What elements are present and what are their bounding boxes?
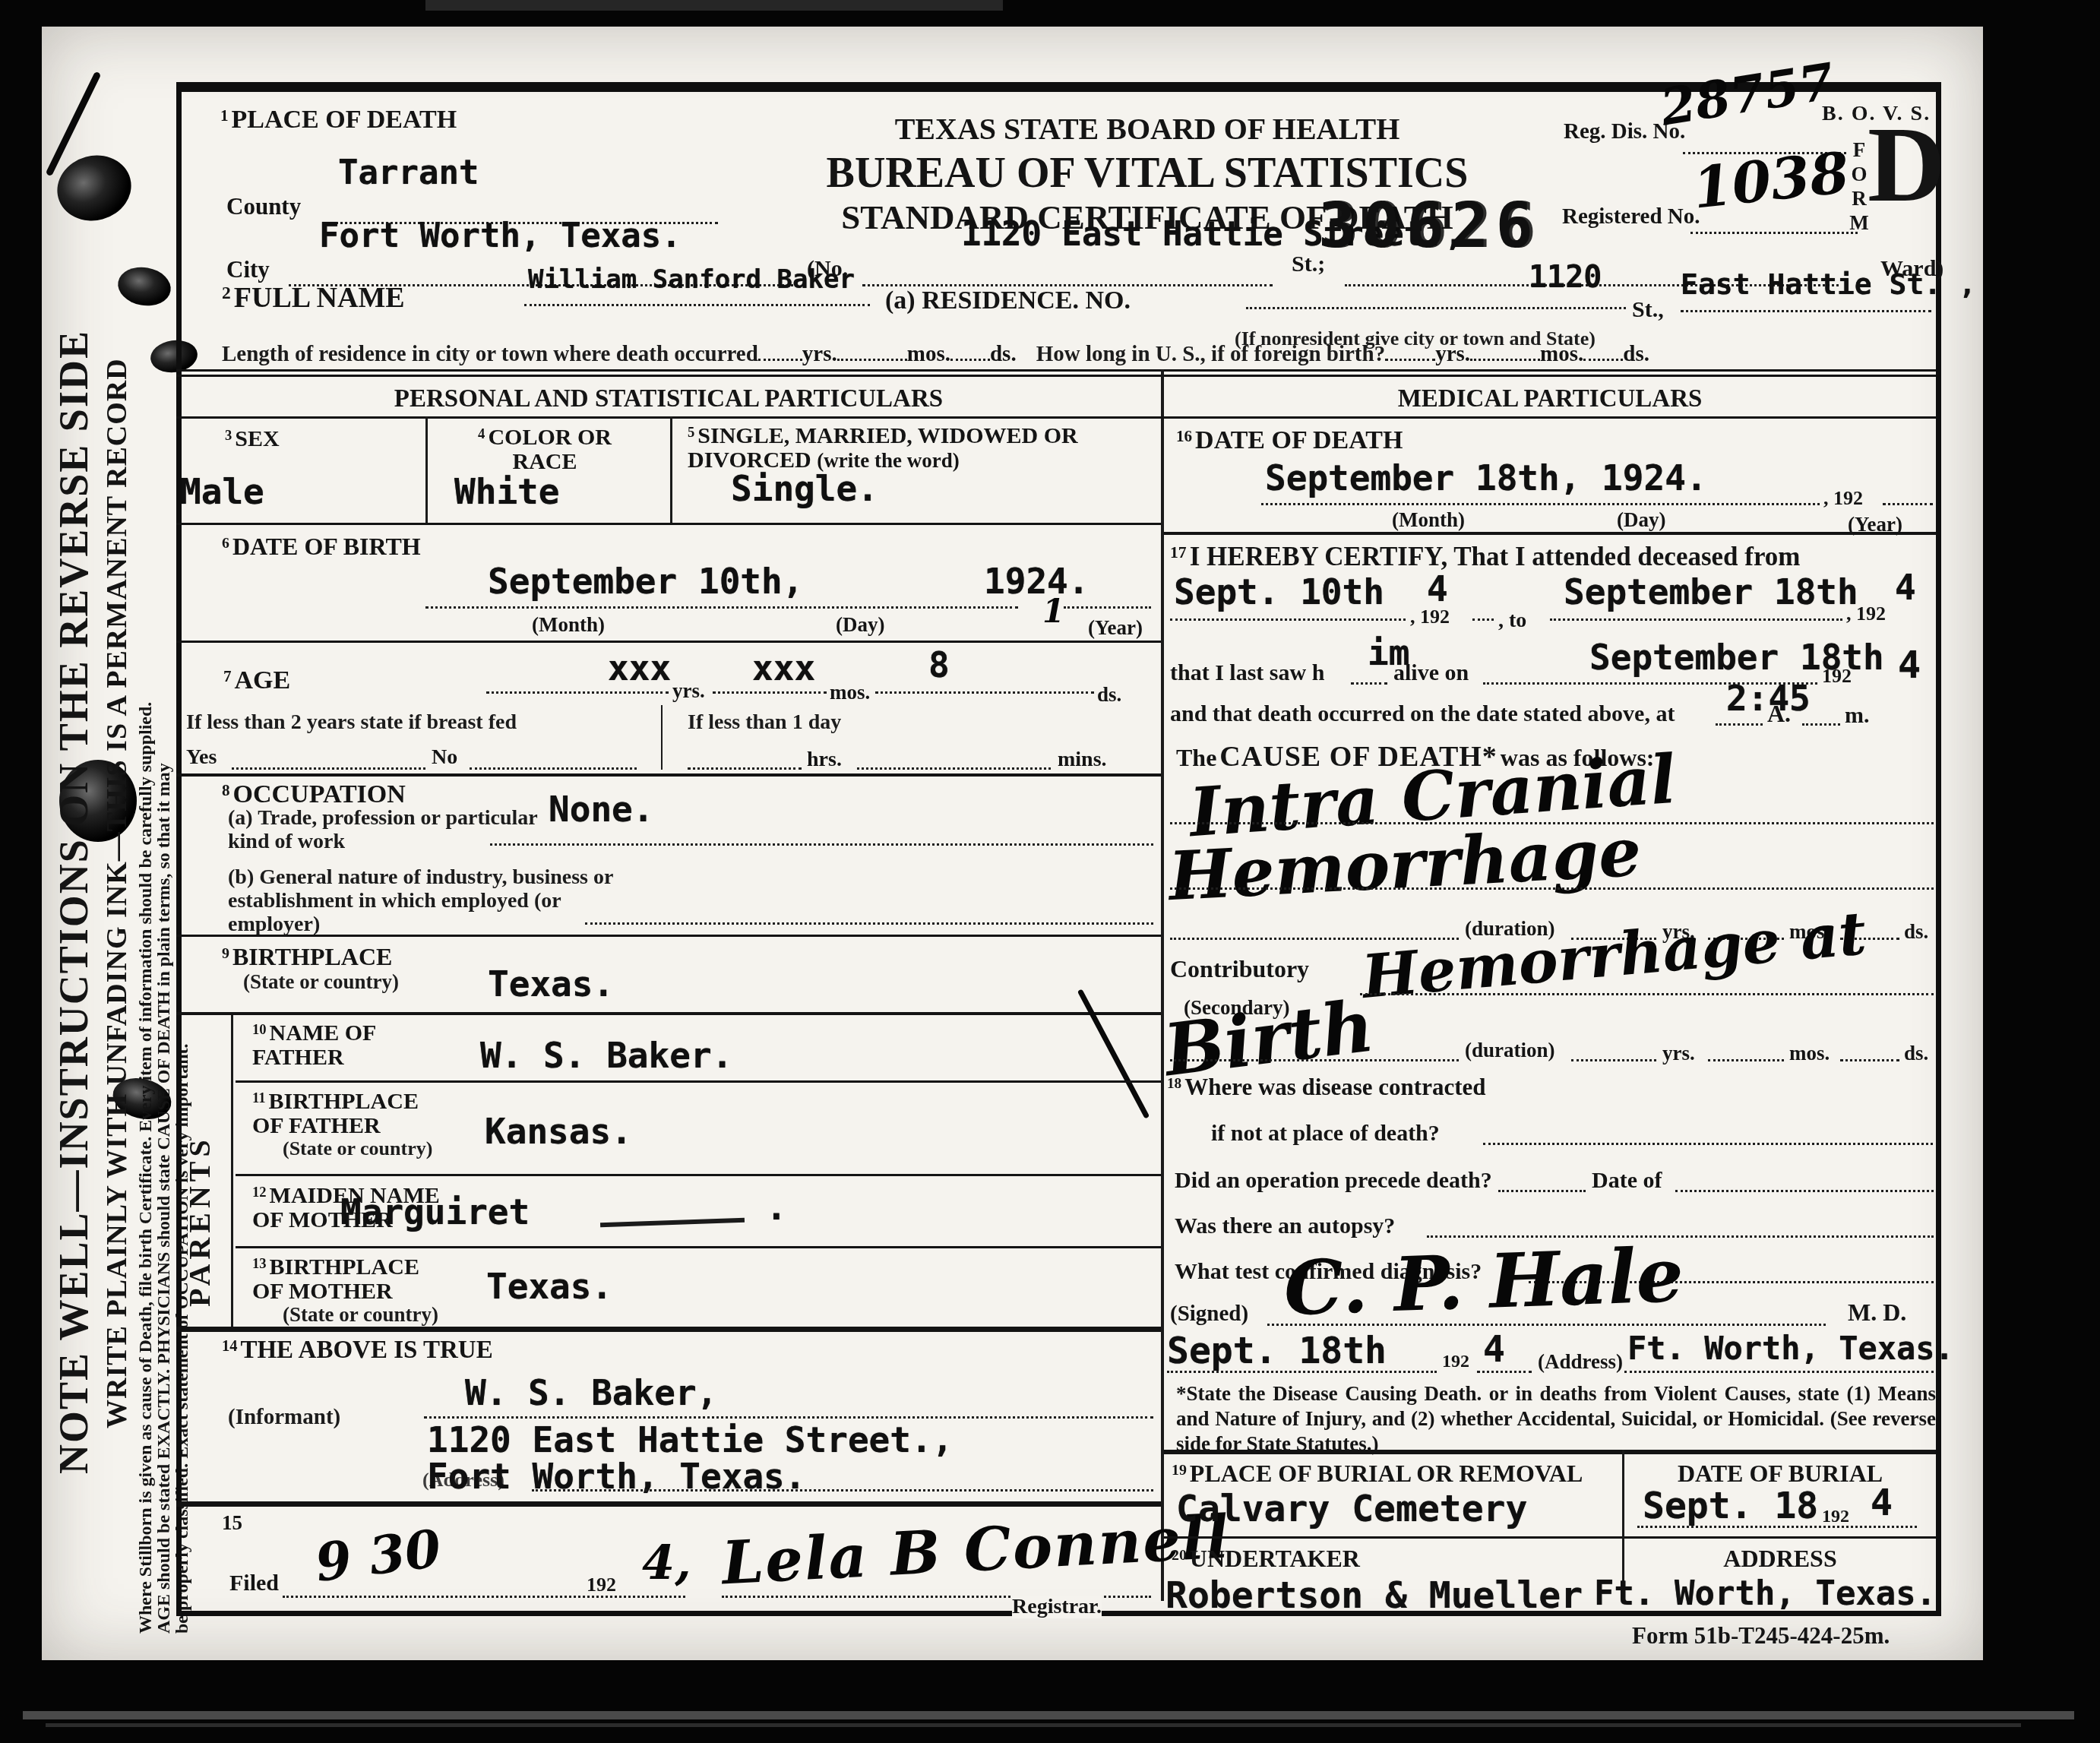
- duration2-mos: mos.: [1789, 1042, 1830, 1064]
- autopsy-label-text: Was there an autopsy?: [1175, 1213, 1395, 1238]
- dotted-line: [1681, 308, 1931, 312]
- registered-label: Registered No.: [1562, 205, 1700, 229]
- field-number-1: 1: [220, 106, 229, 125]
- burial-year-text: 4: [1871, 1482, 1893, 1524]
- dotted-line: [1624, 1369, 1934, 1373]
- dod-month-label: (Month): [1392, 509, 1465, 531]
- duration1-ds-text: ds.: [1904, 920, 1928, 943]
- full-name-field: 2FULL NAME: [222, 283, 405, 314]
- attended-to-text: September 18th: [1564, 571, 1858, 612]
- form-letter-d: D: [1868, 106, 1946, 223]
- form-number-text: Form 51b-T245-424-25m.: [1632, 1622, 1890, 1649]
- dotted-line: [532, 1488, 1153, 1492]
- disease-contracted-label: Where was disease contracted: [1184, 1074, 1485, 1100]
- residence-no-value: 1120: [1529, 260, 1602, 295]
- board-title-text: TEXAS STATE BOARD OF HEALTH: [895, 112, 1400, 146]
- mins-label: mins.: [1058, 748, 1107, 771]
- form-number: Form 51b-T245-424-25m.: [1632, 1623, 1890, 1648]
- attended-from-value: Sept. 10th: [1174, 571, 1384, 612]
- sex-value-text: Male: [180, 471, 264, 512]
- dotted-line: [1571, 1058, 1656, 1061]
- marital-value: Single.: [731, 468, 878, 509]
- attended-to-year-text: 4: [1895, 567, 1916, 608]
- field-number-8: 8: [222, 781, 230, 799]
- mother-birthplace-note: (State or country): [283, 1304, 438, 1327]
- dotted-line: [283, 1594, 685, 1598]
- age-mos-label-text: mos.: [830, 681, 870, 704]
- dod-month-label-text: (Month): [1392, 508, 1465, 531]
- age-ds-label: ds.: [1097, 684, 1121, 706]
- birthplace-label: BIRTHPLACE: [232, 943, 392, 970]
- dotted-line: [1883, 501, 1933, 505]
- dod-192-text: , 192: [1823, 487, 1863, 509]
- informant-name-text: W. S. Baker,: [465, 1372, 717, 1413]
- occupation-b-label-text: (b) General nature of industry, business…: [228, 865, 613, 936]
- occupation-label: OCCUPATION: [233, 780, 406, 808]
- dotted-line: [1167, 1369, 1437, 1373]
- last-saw-year-text: 4: [1898, 643, 1921, 687]
- operation-label: Did an operation precede death?: [1175, 1169, 1492, 1193]
- ds-label: ds.: [990, 342, 1017, 366]
- color-race-value: White: [454, 471, 559, 512]
- father-birthplace-value: Kansas.: [485, 1111, 632, 1152]
- dotted-leader: [1470, 357, 1540, 361]
- dob-month-day-text: September 10th,: [488, 561, 803, 602]
- sex-field: 3SEX: [225, 427, 280, 451]
- field-number-12: 12: [252, 1185, 267, 1200]
- how-long-label: How long in U. S., if of foreign birth?: [1036, 342, 1385, 366]
- sign-address-value: Ft. Worth, Texas.: [1627, 1330, 1954, 1367]
- dotted-line: [424, 1415, 1153, 1419]
- month-label: (Month): [532, 614, 605, 636]
- field-number-15: 15: [222, 1512, 242, 1534]
- birthplace-value: Texas.: [488, 963, 614, 1004]
- undertaker-address-value: Ft. Worth, Texas.: [1594, 1574, 1936, 1613]
- attended-to-year: 4: [1895, 567, 1916, 608]
- date-of-death-label: DATE OF DEATH: [1195, 426, 1403, 454]
- dotted-line: [1690, 230, 1858, 234]
- county-value-text: Tarrant: [338, 153, 479, 192]
- burial-place-value-text: Calvary Cemetery: [1176, 1488, 1527, 1530]
- dotted-line: [1716, 722, 1763, 726]
- age-ds-text: 8: [928, 644, 950, 685]
- field-number-4: 4: [478, 426, 485, 442]
- sign-date-value: Sept. 18th: [1167, 1330, 1387, 1372]
- birthplace-state-note: (State or country): [243, 971, 399, 994]
- age-mos-text: xxx: [752, 647, 815, 688]
- father-birthplace-label: BIRTHPLACE OF FATHER: [252, 1089, 419, 1138]
- rule: [176, 935, 1161, 937]
- attended-from-year-text: 4: [1427, 568, 1448, 609]
- breast-fed-label: If less than 2 years state if breast fed: [186, 711, 517, 735]
- city-value: Fort Worth, Texas.: [319, 217, 682, 255]
- scan-top-smudge: [425, 0, 1003, 11]
- birthplace-field: 9BIRTHPLACE: [222, 944, 392, 970]
- duration2-mos-text: mos.: [1789, 1042, 1830, 1064]
- dob-stray-text: 1: [1042, 593, 1064, 630]
- mother-birthplace-label: BIRTHPLACE OF MOTHER: [252, 1254, 419, 1304]
- sign-date-text: Sept. 18th: [1167, 1330, 1387, 1372]
- rule: [1164, 532, 1936, 535]
- dod-day-label: (Day): [1617, 509, 1665, 531]
- rule: [176, 773, 1161, 777]
- marital-field: 5SINGLE, MARRIED, WIDOWED OR DIVORCED (w…: [688, 424, 1151, 473]
- birthplace-state-note-text: (State or country): [243, 970, 399, 993]
- margin-note-well-text: NOTE WELL—INSTRUCTIONS ON THE REVERSE SI…: [52, 330, 96, 1474]
- informant-address1-text: 1120 East Hattie Street.,: [427, 1419, 953, 1460]
- dotted-line: [688, 766, 802, 770]
- month-label-text: (Month): [532, 613, 605, 636]
- above-is-true-label: THE ABOVE IS TRUE: [240, 1337, 492, 1364]
- rule: [236, 1080, 1161, 1083]
- field-number-14: 14: [222, 1338, 237, 1355]
- contributory-label-text: Contributory: [1170, 955, 1309, 982]
- dotted-line: [1360, 992, 1934, 995]
- burial-field: 19PLACE OF BURIAL OR REMOVAL: [1172, 1460, 1583, 1487]
- rule: [176, 641, 1161, 643]
- occupation-a-label-text: (a) Trade, profession or particular kind…: [228, 806, 537, 853]
- duration-label-2: (duration): [1465, 1039, 1555, 1061]
- burial-place-value: Calvary Cemetery: [1176, 1488, 1527, 1530]
- occupation-b-label: (b) General nature of industry, business…: [228, 866, 638, 936]
- date-of-label: Date of: [1592, 1169, 1662, 1193]
- full-name-label: FULL NAME: [234, 282, 405, 314]
- day-label-text: (Day): [836, 613, 884, 636]
- signed-label: (Signed): [1170, 1302, 1248, 1326]
- age-yrs-text: xxx: [608, 647, 671, 688]
- m-label: m.: [1845, 704, 1870, 728]
- yrs-label: yrs.: [802, 342, 837, 366]
- burial-label: PLACE OF BURIAL OR REMOVAL: [1190, 1460, 1583, 1487]
- dotted-line: [470, 766, 637, 770]
- father-birthplace-note-text: (State or country): [283, 1137, 432, 1159]
- operation-label-text: Did an operation precede death?: [1175, 1168, 1492, 1193]
- dotted-leader: [837, 357, 907, 361]
- alive-on-label: alive on: [1393, 661, 1469, 685]
- dotted-line: [1472, 617, 1494, 621]
- filed-192-label: 192: [587, 1574, 616, 1596]
- field-number-20: 20: [1172, 1547, 1187, 1564]
- field-number-9: 9: [222, 945, 229, 962]
- dotted-line: [1498, 1188, 1586, 1192]
- from-192-text: , 192: [1410, 606, 1450, 628]
- filed-label-text: Filed: [229, 1571, 279, 1596]
- mother-maiden-period-text: .: [766, 1187, 787, 1228]
- birthplace-value-text: Texas.: [488, 963, 614, 1004]
- city-label: City: [226, 257, 270, 282]
- mother-maiden-value: Marguiret: [340, 1191, 530, 1232]
- age-mos-value: xxx: [752, 647, 815, 688]
- attended-from-text: Sept. 10th: [1174, 571, 1384, 612]
- residence-street-value: East Hattie St. ,: [1681, 267, 1976, 301]
- mos-label: mos.: [1540, 342, 1583, 366]
- alive-on-label-text: alive on: [1393, 660, 1469, 685]
- dotted-line: [1802, 722, 1840, 726]
- dotted-line: [713, 690, 827, 694]
- field-number-15-text: 15: [222, 1511, 242, 1534]
- dotted-line: [1483, 1141, 1933, 1145]
- place-of-death-label: PLACE OF DEATH: [232, 106, 457, 134]
- field-number-13: 13: [252, 1256, 267, 1272]
- to-label-text: , to: [1498, 609, 1526, 632]
- age-yrs-label: yrs.: [672, 680, 705, 702]
- color-race-label: COLOR OR RACE: [488, 425, 612, 474]
- dotted-line: [1351, 681, 1387, 685]
- rule: [1164, 1536, 1936, 1539]
- am-label-text: A.: [1767, 700, 1791, 727]
- occurred-label: and that death occurred on the date stat…: [1170, 702, 1675, 726]
- burial-year-value: 4: [1871, 1482, 1893, 1524]
- duration2-yrs: yrs.: [1662, 1042, 1695, 1064]
- field-number-7: 7: [223, 667, 232, 685]
- informant-label-text: (Informant): [228, 1405, 340, 1429]
- violent-causes-footnote: *State the Disease Causing Death. or in …: [1176, 1381, 1936, 1457]
- duration2-yrs-text: yrs.: [1662, 1042, 1695, 1064]
- md-label-text: M. D.: [1848, 1299, 1906, 1326]
- dob-field: 6DATE OF BIRTH: [222, 533, 421, 560]
- certify-field: 17I HEREBY CERTIFY, That I attended dece…: [1170, 543, 1801, 571]
- margin-write-plainly: WRITE PLAINLY WITH UNFADING INK—THIS IS …: [99, 243, 137, 1428]
- field-number-2: 2: [222, 283, 231, 303]
- age-ds-label-text: ds.: [1097, 683, 1121, 706]
- rule: [236, 1174, 1161, 1176]
- parents-bracket-line: [231, 1015, 233, 1328]
- less-than-day-label: If less than 1 day: [688, 711, 841, 735]
- physician-signature: C. P. Hale: [1282, 1232, 1685, 1333]
- dotted-leader: [758, 357, 802, 361]
- color-race-value-text: White: [454, 471, 559, 512]
- sign-address-label-text: (Address): [1538, 1350, 1623, 1373]
- rule-thick: [1164, 1450, 1936, 1454]
- to-192-label: , 192: [1846, 603, 1886, 625]
- dotted-line: [1064, 605, 1151, 609]
- registrar-label: Registrar.: [1012, 1596, 1102, 1618]
- residence-label-text: (a) RESIDENCE. NO.: [885, 286, 1131, 315]
- dotted-line: [490, 842, 1153, 846]
- mins-label-text: mins.: [1058, 748, 1107, 771]
- dotted-line: [585, 921, 1153, 925]
- dotted-line: [425, 605, 1018, 609]
- father-birthplace-field: 11BIRTHPLACE OF FATHER: [252, 1090, 450, 1139]
- duration2-ds-text: ds.: [1904, 1042, 1928, 1064]
- duration1-ds: ds.: [1904, 921, 1928, 943]
- dotted-leader: [1583, 357, 1623, 361]
- occupation-a-value: None.: [549, 789, 653, 830]
- year-label-text: (Year): [1088, 616, 1143, 639]
- form-letter-d-text: D: [1868, 104, 1946, 224]
- last-saw-label-text: that I last saw h: [1170, 660, 1324, 685]
- last-192-label: 192: [1822, 666, 1852, 687]
- signed-label-text: (Signed): [1170, 1302, 1248, 1326]
- dotted-line: [524, 302, 870, 306]
- personal-section-title-text: PERSONAL AND STATISTICAL PARTICULARS: [394, 385, 943, 413]
- undertaker-address-header: ADDRESS: [1624, 1545, 1936, 1572]
- date-of-label-text: Date of: [1592, 1168, 1662, 1193]
- rule: [176, 369, 1936, 372]
- dotted-line: [1170, 617, 1406, 621]
- city-label-text: City: [226, 256, 270, 283]
- age-ds-value: 8: [928, 644, 950, 685]
- parents-vertical-text: PARENTS: [183, 1135, 216, 1307]
- residence-label: (a) RESIDENCE. NO.: [885, 287, 1131, 315]
- field-place-of-death: 1PLACE OF DEATH: [220, 106, 457, 134]
- occupation-a-label: (a) Trade, profession or particular kind…: [228, 807, 570, 854]
- length-residence-label: Length of residence in city or town wher…: [222, 342, 758, 366]
- dotted-line: [1675, 1188, 1934, 1192]
- date-of-death-value: September 18th, 1924.: [1265, 457, 1707, 498]
- father-birthplace-note: (State or country): [283, 1138, 432, 1160]
- less-than-day-text: If less than 1 day: [688, 710, 841, 734]
- county-value: Tarrant: [338, 153, 479, 192]
- informant-label: (Informant): [228, 1406, 340, 1430]
- sign-year-text: 4: [1483, 1328, 1505, 1371]
- rule: [176, 523, 1161, 525]
- mother-birthplace-value: Texas.: [486, 1266, 612, 1307]
- last-192-text: 192: [1822, 665, 1852, 687]
- md-label: M. D.: [1848, 1299, 1906, 1326]
- dotted-line: [875, 690, 1094, 694]
- age-label: AGE: [235, 666, 291, 694]
- sign-address-label: (Address): [1538, 1351, 1623, 1373]
- registration-stamp: 30626: [1318, 190, 1540, 262]
- county-label-text: County: [226, 193, 301, 220]
- burial-date-value-text: Sept. 18: [1643, 1485, 1818, 1527]
- date-of-death-value-text: September 18th, 1924.: [1265, 457, 1707, 498]
- filed-year-text: 4,: [642, 1535, 691, 1590]
- am-label: A.: [1767, 701, 1791, 727]
- filed-192-text: 192: [587, 1574, 616, 1596]
- father-name-value-text: W. S. Baker.: [480, 1035, 732, 1076]
- age-mos-label: mos.: [830, 682, 870, 704]
- informant-name-value: W. S. Baker,: [465, 1372, 717, 1413]
- city-value-text: Fort Worth, Texas.: [319, 217, 682, 255]
- dotted-line: [1170, 1058, 1459, 1061]
- mother-birthplace-note-text: (State or country): [283, 1303, 438, 1326]
- dob-label: DATE OF BIRTH: [232, 533, 421, 560]
- sex-label: SEX: [235, 426, 279, 451]
- last-saw-year-value: 4: [1898, 643, 1921, 687]
- yes-label: Yes: [186, 746, 217, 769]
- page-stack-edge: [23, 1711, 2074, 1719]
- field-number-3: 3: [225, 428, 232, 444]
- full-name-value-text: William Sanford Baker: [528, 264, 855, 295]
- dotted-line: [1477, 1369, 1532, 1373]
- dotted-leader: [1385, 357, 1435, 361]
- age-yrs-label-text: yrs.: [672, 679, 705, 702]
- registration-stamp-text: 30626: [1318, 190, 1540, 262]
- residence-st-label-text: St.,: [1632, 297, 1664, 322]
- personal-section-title: PERSONAL AND STATISTICAL PARTICULARS: [176, 386, 1161, 413]
- filed-year-handwritten: 4,: [642, 1535, 691, 1590]
- dotted-line: [857, 766, 1051, 770]
- father-name-field: 10NAME OF FATHER: [252, 1021, 435, 1071]
- undertaker-address-text: Ft. Worth, Texas.: [1594, 1574, 1936, 1613]
- cell-divider: [661, 705, 663, 770]
- contributory-label: Contributory: [1170, 956, 1309, 982]
- sign-192-text: 192: [1442, 1352, 1469, 1371]
- rule-thick: [176, 1501, 1161, 1507]
- field-number-18: 18: [1167, 1076, 1181, 1092]
- attended-from-year: 4: [1427, 568, 1448, 609]
- dob-stray-mark: 1: [1042, 593, 1064, 630]
- field-number-6: 6: [222, 535, 229, 552]
- medical-section-title-text: MEDICAL PARTICULARS: [1398, 385, 1703, 413]
- column-divider: [1161, 369, 1164, 1601]
- dotted-line: [1267, 1322, 1826, 1326]
- occupation-a-value-text: None.: [549, 789, 653, 830]
- sign-192-label: 192: [1442, 1352, 1469, 1372]
- cell-divider: [670, 416, 672, 523]
- rule: [176, 375, 1936, 377]
- dotted-line: [1550, 617, 1842, 621]
- day-label: (Day): [836, 614, 884, 636]
- to-label: , to: [1498, 609, 1526, 632]
- medical-section-title: MEDICAL PARTICULARS: [1164, 386, 1936, 413]
- registered-label-text: Registered No.: [1562, 204, 1700, 229]
- marital-value-text: Single.: [731, 468, 878, 509]
- father-birthplace-value-text: Kansas.: [485, 1111, 632, 1152]
- cause-the-label: The: [1176, 744, 1216, 771]
- m-label-text: m.: [1845, 703, 1870, 728]
- last-saw-label: that I last saw h: [1170, 661, 1324, 685]
- autopsy-label: Was there an autopsy?: [1175, 1214, 1395, 1238]
- field-number-17: 17: [1170, 543, 1187, 561]
- dotted-line: [1261, 501, 1820, 505]
- date-of-death-field: 16DATE OF DEATH: [1176, 427, 1403, 455]
- dob-year-text: 1924.: [984, 561, 1089, 602]
- dod-192-label: , 192: [1823, 488, 1863, 509]
- yes-label-text: Yes: [186, 745, 217, 769]
- undertaker-address-header-text: ADDRESS: [1723, 1545, 1836, 1572]
- mother-maiden-period: .: [766, 1187, 787, 1228]
- full-name-value: William Sanford Baker: [528, 264, 855, 295]
- violent-causes-footnote-text: *State the Disease Causing Death. or in …: [1176, 1382, 1936, 1455]
- mos-label: mos.: [907, 342, 950, 366]
- board-title: TEXAS STATE BOARD OF HEALTH: [843, 112, 1451, 145]
- sex-value: Male: [180, 471, 264, 512]
- mother-birthplace-field: 13BIRTHPLACE OF MOTHER: [252, 1255, 450, 1305]
- age-yrs-value: xxx: [608, 647, 671, 688]
- field-number-11: 11: [252, 1090, 266, 1106]
- physician-signature-text: C. P. Hale: [1282, 1232, 1685, 1333]
- hrs-label: hrs.: [807, 748, 842, 771]
- dotted-line: [1246, 305, 1626, 309]
- registrar-label-text: Registrar.: [1012, 1595, 1102, 1618]
- county-label: County: [226, 194, 301, 219]
- dotted-line: [1170, 886, 1934, 890]
- from-192-label: , 192: [1410, 606, 1450, 628]
- filed-label: Filed: [229, 1571, 279, 1596]
- rule: [176, 1012, 1161, 1015]
- dotted-line: [1637, 1524, 1917, 1528]
- burial-date-label-text: DATE OF BURIAL: [1678, 1460, 1883, 1487]
- residence-st-label: St.,: [1632, 298, 1664, 322]
- parents-vertical-label: PARENTS: [182, 988, 217, 1307]
- undertaker-value: Robertson & Mueller: [1165, 1574, 1583, 1617]
- form-word-text: FORM: [1849, 138, 1868, 234]
- page-stack-edge-2: [46, 1723, 2021, 1727]
- field-number-5: 5: [688, 425, 694, 441]
- ds-label: ds.: [1623, 342, 1649, 366]
- residence-no-text: 1120: [1529, 260, 1602, 295]
- margin-note-well: NOTE WELL—INSTRUCTIONS ON THE REVERSE SI…: [50, 228, 97, 1474]
- sign-address-text: Ft. Worth, Texas.: [1627, 1330, 1954, 1367]
- dotted-leader: [950, 357, 990, 361]
- rule: [236, 1246, 1161, 1248]
- father-name-label: NAME OF FATHER: [252, 1020, 375, 1070]
- year-label: (Year): [1088, 617, 1143, 639]
- dod-day-label-text: (Day): [1617, 508, 1665, 531]
